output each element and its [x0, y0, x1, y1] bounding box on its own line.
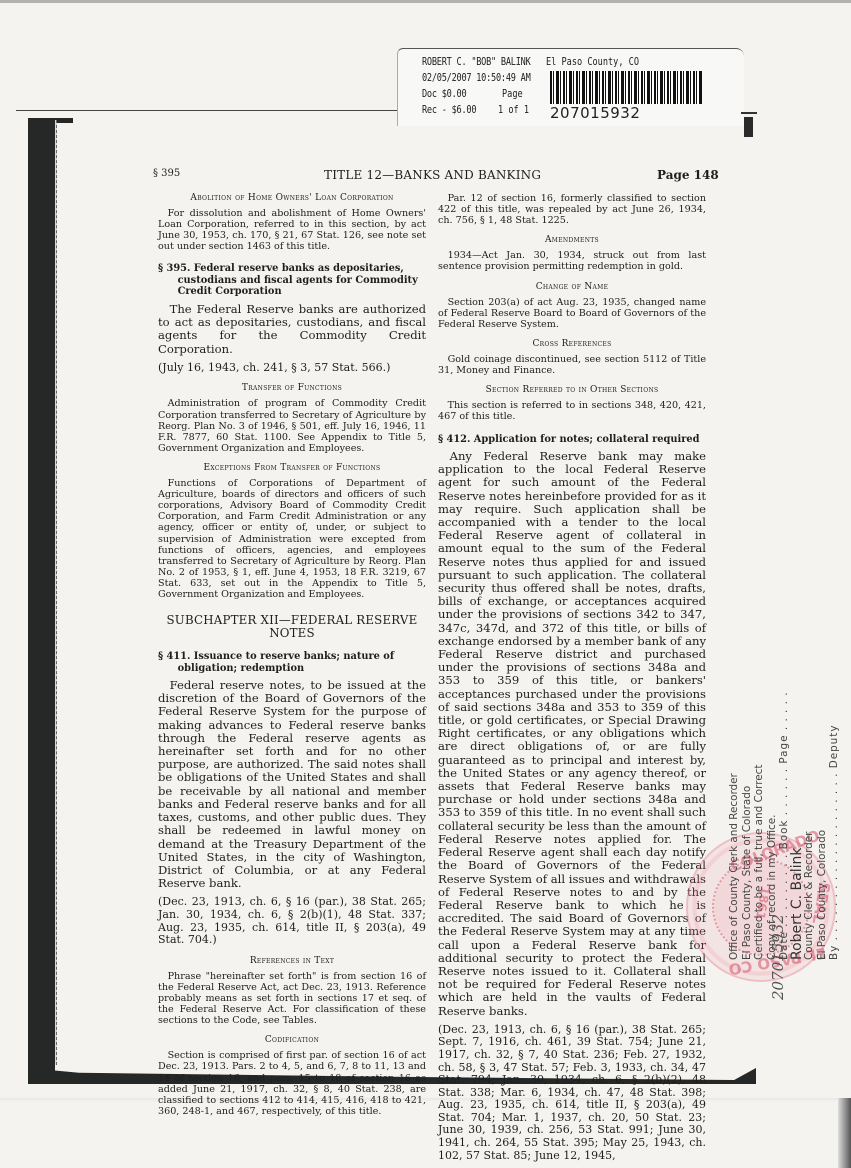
subchapter-heading: SUBCHAPTER XII—FEDERAL RESERVE NOTES: [158, 614, 426, 640]
section-heading-411: § 411. Issuance to reserve banks; nature…: [158, 651, 426, 674]
scan-line: [16, 110, 406, 111]
note-heading: References in Text: [158, 956, 426, 967]
left-column: Abolition of Home Owners' Loan Corporati…: [158, 190, 426, 1117]
note-text: Functions of Corporations of Department …: [158, 478, 426, 600]
section-heading-395: § 395. Federal reserve banks as deposita…: [158, 263, 426, 298]
scan-frame-inner: [55, 120, 57, 1065]
cert-line: El Paso County, Colorado: [816, 691, 829, 960]
section-body-412: Any Federal Reserve bank may make applic…: [438, 450, 706, 1018]
note-text: For dissolution and abolishment of Home …: [158, 208, 426, 252]
note-heading: Cross References: [438, 339, 706, 350]
note-text: 1934—Act Jan. 30, 1934, struck out from …: [438, 250, 706, 272]
note-heading: Section Referred to in Other Sections: [438, 385, 706, 396]
page-count: 1 of 1: [498, 103, 529, 116]
recorder-label: ROBERT C. "BOB" BALINK El Paso County, C…: [397, 48, 744, 126]
section-citation-412: (Dec. 23, 1913, ch. 6, § 16 (par.), 38 S…: [438, 1024, 706, 1163]
page-number: Page 148: [657, 168, 719, 182]
note-text: Gold coinage discontinued, see section 5…: [438, 354, 706, 376]
note-text: Administration of program of Commodity C…: [158, 398, 426, 453]
note-heading: Abolition of Home Owners' Loan Corporati…: [158, 193, 426, 204]
note-text: Par. 12 of section 16, formerly classifi…: [438, 193, 706, 226]
right-column: Par. 12 of section 16, formerly classifi…: [438, 190, 706, 1162]
note-heading: Amendments: [438, 235, 706, 246]
handwritten-reception-number: 207015932: [772, 914, 785, 1000]
rec-fee: Rec - $6.00: [422, 103, 476, 116]
reception-number: 207015932: [550, 104, 640, 122]
note-heading: Change of Name: [438, 282, 706, 293]
page-right-edge: [838, 1098, 851, 1168]
section-heading-412: § 412. Application for notes; collateral…: [438, 434, 706, 446]
cert-line: Certified to be a full, true and Correct: [753, 691, 766, 960]
scan-frame-right-line: [741, 112, 757, 114]
note-text: This section is referred to in sections …: [438, 400, 706, 422]
cert-line: El Paso County, State of Colorado: [741, 691, 754, 960]
note-heading: Transfer of Functions: [158, 383, 426, 394]
note-heading: Exceptions From Transfer of Functions: [158, 463, 426, 474]
page-label: Page: [502, 87, 523, 100]
scan-top-edge: [0, 0, 851, 3]
running-title: TITLE 12—BANKS AND BANKING: [324, 168, 541, 182]
note-heading: Codification: [158, 1035, 426, 1046]
cert-signatory: Robert C. Balink: [791, 691, 804, 960]
barcode-icon: [550, 71, 702, 104]
note-text: Section is comprised of first par. of se…: [158, 1050, 426, 1117]
section-body-411: Federal reserve notes, to be issued at t…: [158, 679, 426, 890]
recording-datetime: 02/05/2007 10:50:49 AM: [422, 71, 531, 84]
recorder-name: ROBERT C. "BOB" BALINK: [422, 55, 531, 68]
scan-frame-left: [28, 118, 55, 1084]
certification-stamp: Office of County Clerk and Recorder El P…: [728, 691, 841, 960]
scan-frame-corner: [28, 118, 73, 123]
section-citation-411: (Dec. 23, 1913, ch. 6, § 16 (par.), 38 S…: [158, 896, 426, 946]
doc-fee: Doc $0.00: [422, 87, 466, 100]
cert-line: County Clerk & Recorder: [803, 691, 816, 960]
cert-deputy-line: By . . . . . . . . . . . . . . . . . . .…: [828, 691, 841, 960]
cert-line: Office of County Clerk and Recorder: [728, 691, 741, 960]
scan-frame-right-mark: [744, 117, 753, 137]
section-citation-395: (July 16, 1943, ch. 241, § 3, 57 Stat. 5…: [158, 362, 426, 375]
note-text: Section 203(a) of act Aug. 23, 1935, cha…: [438, 297, 706, 330]
section-body-395: The Federal Reserve banks are authorized…: [158, 303, 426, 356]
note-text: Phrase "hereinafter set forth" is from s…: [158, 971, 426, 1026]
running-section: § 395: [153, 168, 180, 179]
recorder-county: El Paso County, CO: [546, 55, 639, 68]
